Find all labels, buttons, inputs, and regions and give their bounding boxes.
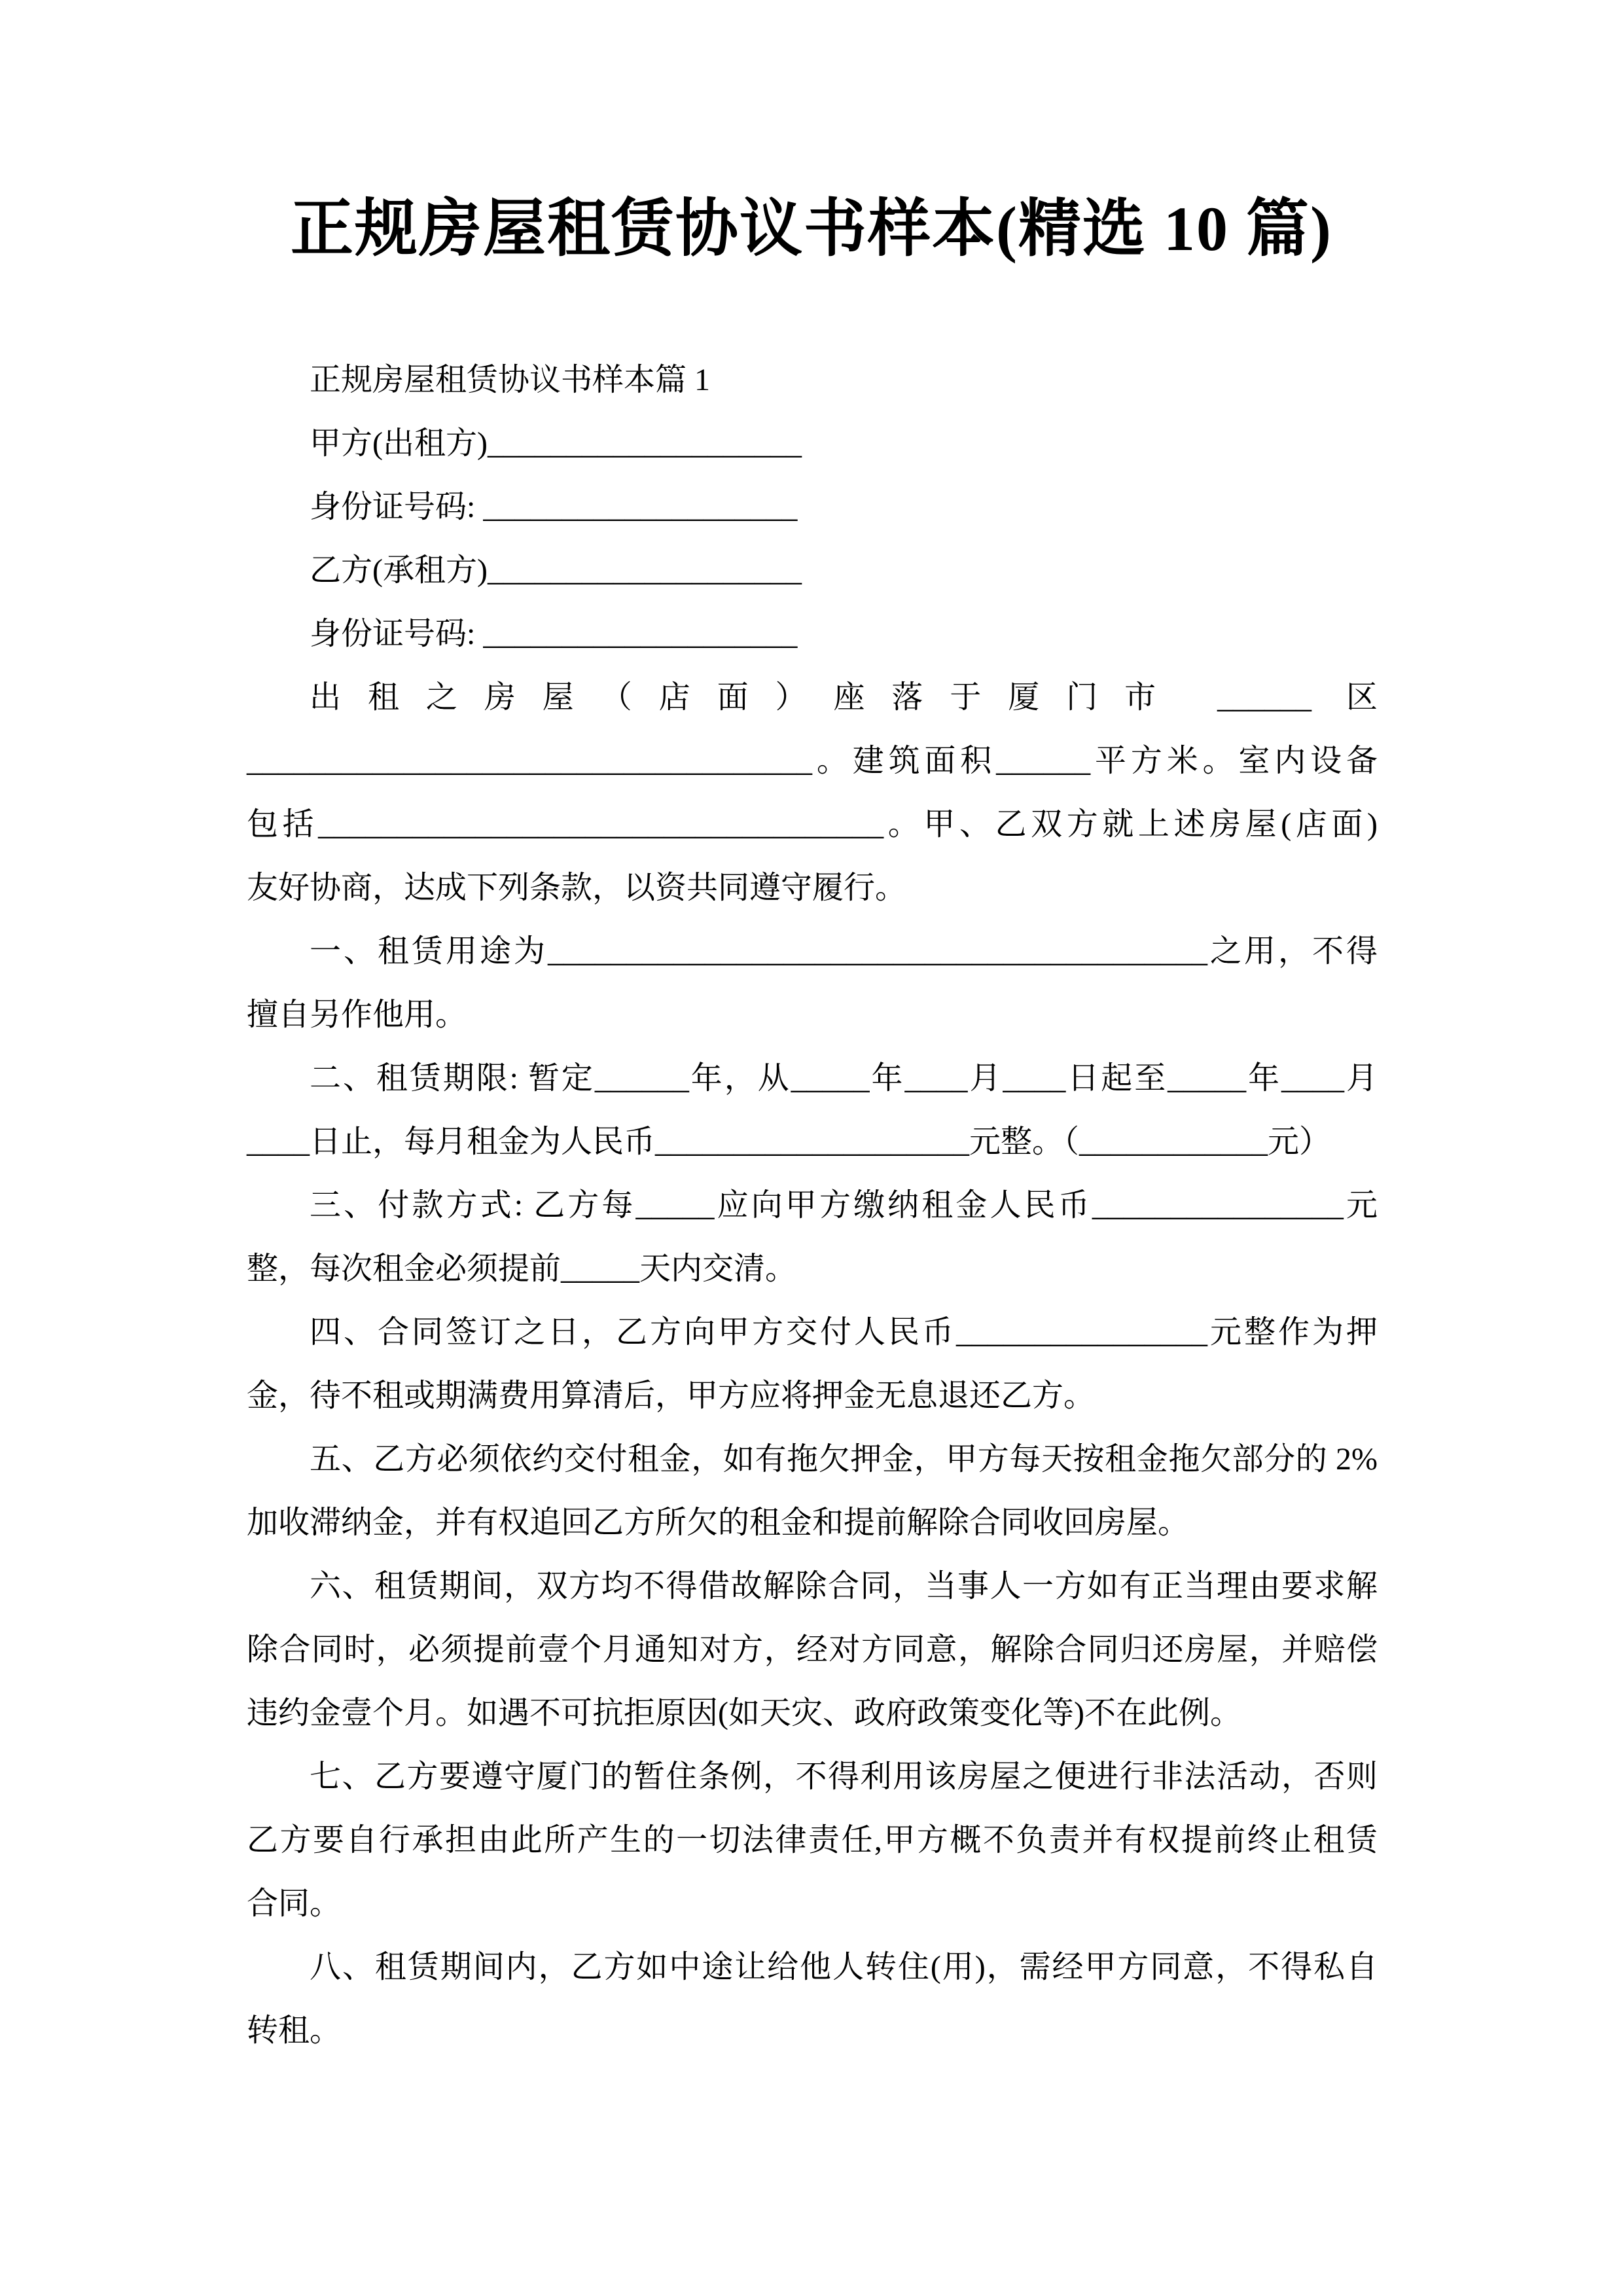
document-title: 正规房屋租赁协议书样本(精选 10 篇) bbox=[0, 187, 1623, 272]
clause-7-line: 七、乙方要遵守厦门的暂住条例，不得利用该房屋之便进行非法活动，否则 bbox=[247, 1745, 1378, 1808]
document-line: 金，待不租或期满费用算清后，甲方应将押金无息退还乙方。 bbox=[247, 1364, 1378, 1427]
clause-2-line: 二、租赁期限: 暂定______年，从_____年____月____日起至___… bbox=[247, 1047, 1378, 1110]
clause-6-line: 六、租赁期间，双方均不得借故解除合同，当事人一方如有正当理由要求解 bbox=[247, 1554, 1378, 1618]
document-line: 合同。 bbox=[247, 1872, 1378, 1935]
clause-8-line: 八、租赁期间内，乙方如中途让给他人转住(用)，需经甲方同意，不得私自 bbox=[247, 1935, 1378, 1999]
id-number-line: 身份证号码: ____________________ bbox=[247, 475, 1378, 539]
document-line: 整，每次租金必须提前_____天内交清。 bbox=[247, 1237, 1378, 1300]
party-b-line: 乙方(承租方)____________________ bbox=[247, 539, 1378, 602]
document-line: 乙方要自行承担由此所产生的一切法律责任,甲方概不负责并有权提前终止租赁 bbox=[247, 1808, 1378, 1872]
document-line: ____________________________________。建筑面… bbox=[247, 729, 1378, 793]
party-a-line: 甲方(出租方)____________________ bbox=[247, 412, 1378, 475]
clause-1-line: 一、租赁用途为_________________________________… bbox=[247, 920, 1378, 983]
document-line: 转租。 bbox=[247, 1999, 1378, 2062]
document-line: 加收滞纳金，并有权追回乙方所欠的租金和提前解除合同收回房屋。 bbox=[247, 1491, 1378, 1554]
document-page: 正规房屋租赁协议书样本(精选 10 篇) 正规房屋租赁协议书样本篇 1 甲方(出… bbox=[0, 0, 1623, 2296]
document-line: 擅自另作他用。 bbox=[247, 983, 1378, 1047]
document-line: 友好协商，达成下列条款，以资共同遵守履行。 bbox=[247, 856, 1378, 920]
document-line: ____日止，每月租金为人民币____________________元整。（_… bbox=[247, 1110, 1378, 1174]
document-body: 正规房屋租赁协议书样本篇 1 甲方(出租方)__________________… bbox=[247, 348, 1378, 2062]
clause-5-line: 五、乙方必须依约交付租金，如有拖欠押金，甲方每天按租金拖欠部分的 2% bbox=[247, 1427, 1378, 1491]
document-line: 除合同时，必须提前壹个月通知对方，经对方同意，解除合同归还房屋，并赔偿 bbox=[247, 1618, 1378, 1681]
document-line: 出租之房屋（店面）座落于厦门市 ______ 区 bbox=[247, 666, 1378, 729]
document-line: 包括____________________________________。甲… bbox=[247, 793, 1378, 856]
clause-4-line: 四、合同签订之日，乙方向甲方交付人民币________________元整作为押 bbox=[247, 1300, 1378, 1364]
id-number-line: 身份证号码: ____________________ bbox=[247, 602, 1378, 666]
clause-3-line: 三、付款方式: 乙方每_____应向甲方缴纳租金人民币_____________… bbox=[247, 1174, 1378, 1237]
document-line: 违约金壹个月。如遇不可抗拒原因(如天灾、政府政策变化等)不在此例。 bbox=[247, 1681, 1378, 1745]
section-heading: 正规房屋租赁协议书样本篇 1 bbox=[247, 348, 1378, 412]
